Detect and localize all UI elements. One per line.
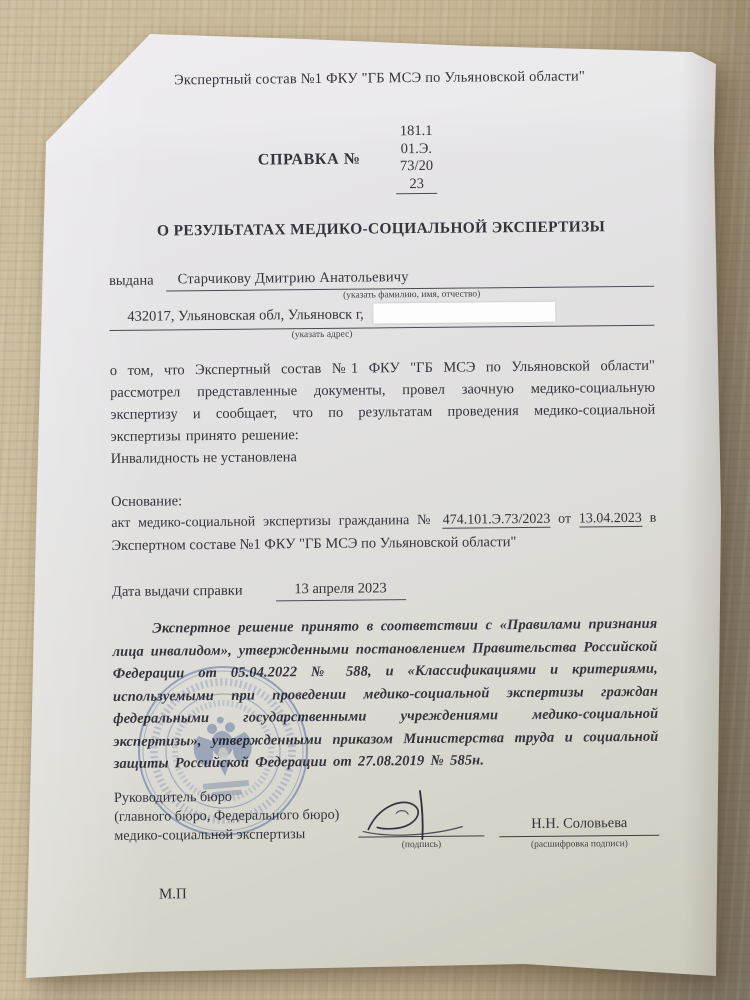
certificate-number-line-2: 01.Э. xyxy=(390,140,442,158)
issue-date-label: Дата выдачи справки xyxy=(112,580,243,603)
certificate-number: 181.1 01.Э. 73/20 23 xyxy=(390,123,443,194)
recipient-address: 432017, Ульяновская обл, Ульяновск г, xyxy=(127,307,364,325)
certificate-number-line-4: 23 xyxy=(396,175,437,194)
body-paragraph: о том, что Экспертный состав №1 ФКУ "ГБ … xyxy=(110,355,656,448)
signature-line xyxy=(358,805,484,837)
document-header: Экспертный состав №1 ФКУ "ГБ МСЭ по Улья… xyxy=(107,65,652,92)
issue-date-value: 13 апреля 2023 xyxy=(275,577,405,601)
act-date: 13.04.2023 xyxy=(579,511,642,528)
issue-date-row: Дата выдачи справки 13 апреля 2023 xyxy=(112,575,657,603)
paper-shadow-wrap: Экспертный состав №1 ФКУ "ГБ МСЭ по Улья… xyxy=(0,0,750,1000)
certificate-number-line-1: 181.1 xyxy=(390,123,442,141)
signature-column: (подпись) xyxy=(358,805,484,852)
official-seal-stamp xyxy=(127,655,320,848)
signatory-name-column: Н.Н. Соловьева (расшифровка подписи) xyxy=(499,803,659,852)
decision-text: Инвалидность не установлена xyxy=(111,443,656,470)
certificate-number-line-3: 73/20 xyxy=(390,158,442,176)
certificate-number-block: СПРАВКА № 181.1 01.Э. 73/20 23 xyxy=(108,121,654,197)
signatory-name-hint: (расшифровка подписи) xyxy=(499,837,659,852)
act-between: от xyxy=(558,512,571,527)
basis-line2: Экспертном составе №1 ФКУ "ГБ МСЭ по Уль… xyxy=(111,530,656,557)
seal-place-label: М.П xyxy=(159,878,660,905)
recipient-name: Старчикову Дмитрию Анатольевичу xyxy=(166,264,655,292)
act-number: 474.101.Э.73/2023 xyxy=(443,512,551,529)
document-title: О РЕЗУЛЬТАТАХ МЕДИКО-СОЦИАЛЬНОЙ ЭКСПЕРТИ… xyxy=(108,216,653,243)
act-prefix: акт медико-социальной экспертизы граждан… xyxy=(111,513,435,531)
handwritten-signature xyxy=(360,786,477,843)
document-paper: Экспертный состав №1 ФКУ "ГБ МСЭ по Улья… xyxy=(24,30,722,982)
certificate-label: СПРАВКА № xyxy=(258,148,361,171)
signatory-name: Н.Н. Соловьева xyxy=(499,803,659,837)
double-headed-eagle-emblem xyxy=(191,714,254,778)
photo-of-document: Экспертный состав №1 ФКУ "ГБ МСЭ по Улья… xyxy=(0,0,750,1000)
act-suffix: в xyxy=(650,511,657,526)
issued-label: выдана xyxy=(109,269,166,292)
redaction-box xyxy=(373,302,555,324)
